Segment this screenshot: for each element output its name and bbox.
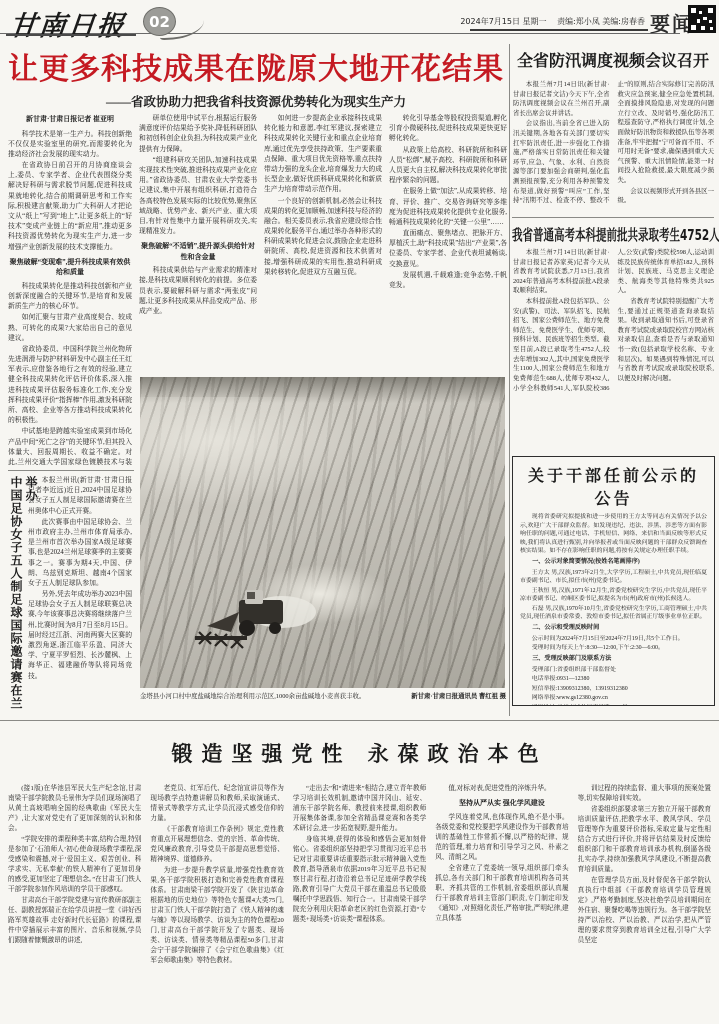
paragraph: 受理部门:省委组织部干部监督处 [520, 666, 707, 675]
gaokao-article-headline: 我省普通高考本科提前批共录取考生4752人 [512, 224, 653, 245]
column-subhead: 聚焦破解“不适销”,提升源头供给针对性和含金量 [139, 241, 257, 262]
paragraph: 会议以视频形式开到各县区一级。 [618, 187, 715, 206]
masthead-logo: 甘南日报 [8, 4, 128, 43]
paragraph: 全省建立了党委统一领导,组织部门牵头抓总,各有关部门和干部教育培训机构各司其职、… [435, 864, 568, 924]
masthead-logo-underline [6, 34, 136, 36]
bottom-column-1: (接1版)在华池县军民大生产纪念馆,甘肃南梁干部学院教员毛景伟为学员们现场演唱了… [8, 784, 141, 1024]
paragraph: 科学技术是第一生产力。科技创新绝不仅仅是实验室里的研究,而需要转化为推动经济社会… [8, 130, 132, 161]
paragraph: 训过程的持续监督、重大事项的预案处置等,切实保障培训实效。 [578, 784, 711, 804]
main-article-column-1-text: 科学技术是第一生产力。科技创新绝不仅仅是实验室里的研究,而需要转化为推动经济社会… [8, 130, 132, 467]
main-article-column-4: 转化引导基金等股权投资渠道,孵化引育小微硬科技,促进科技成果更快更好孵化转化。从… [389, 114, 507, 374]
paragraph: 本报兰州7月14日讯(新甘肃·甘肃日报记者苏家英)记者今天从省教育考试院获悉,7… [513, 248, 610, 296]
paragraph: 省政协委员、中国科学院兰州化物所先进润滑与防护材料研发中心副主任王红军表示,应借… [8, 345, 132, 427]
paragraph: “走出去”和“请进来”相结合,建立青年教师学习培训长效机制,邀请中国井冈山、延安… [293, 784, 426, 834]
qr-code-icon [688, 5, 716, 33]
paragraph: 网络举报:www.gs12380.gov.cn [520, 694, 707, 703]
paragraph: 王秋恒 男,汉族,1971年12月生,省委党校研究生学历,中共党员,现任平凉市委… [520, 587, 707, 604]
page-number-flourish [160, 18, 204, 40]
bottom-column-3: “走出去”和“请进来”相结合,建立青年教师学习培训长效机制,邀请中国井冈山、延安… [293, 784, 426, 1024]
paragraph: 科技成果供给与产业需求的精准对接,是科技成果顺利转化的前提。多位委员表示,要破解… [139, 266, 257, 317]
photo-light-patch [140, 397, 370, 507]
paragraph: 短信举报:13909312380、13919312380 [520, 685, 707, 694]
paragraph: “学院安排的课程种类丰富,结构合理,特别是参加了‘石油师人’初心使命现场教学课程… [8, 835, 141, 895]
paragraph: 一个良好的创新机制,必然会让科技成果的转化更加顺畅,加速科技与经济的融合。相关委… [264, 197, 382, 279]
paragraph: 中试基地是跨越实验室成果到市场化产品中间“死亡之谷”的关键环节,但其投入体量大、… [8, 427, 132, 466]
paragraph: 本报兰州讯(新甘肃·甘肃日报记者李近远)近日,2024中国足球协会女子五人制足球… [28, 476, 132, 517]
paragraph: 值,对标对表,促进党性的淬炼升华。 [435, 784, 568, 794]
paragraph: 从政策上给高校、科研院所和科研人员“松绑”,赋予高校、科研院所和科研人员更大自主… [389, 146, 507, 187]
bottom-column-2: 老党员、红军后代、纪念馆宣讲员等作为现场教学点特邀讲解员和教师,采取演诵式、情景… [150, 784, 283, 1024]
newspaper-page: 甘南日报 02 2024年7月15日 星期一 责编:郑小凤 美编:房春香 要闻 … [0, 0, 719, 1024]
main-article-subtitle: ——省政协助力把我省科技资源优势转化为现实生产力 [6, 92, 506, 110]
paragraph: “组建科研攻关团队,加速科技成果实现技术性突破,推进科技成果产业化应用。”省政协… [139, 156, 257, 238]
paragraph: (接1版)在华池县军民大生产纪念馆,甘肃南梁干部学院教员毛景伟为学员们现场演唱了… [8, 784, 141, 834]
sidebar-divider [509, 44, 510, 716]
paragraph: 此次赛事由中国足球协会、兰州市政府主办,兰州市体育局承办,是兰州市首次举办国家A… [28, 518, 132, 589]
football-article-headline: 中国足协女子五人制足球国际邀请赛在兰举办 [8, 476, 23, 717]
bottom-article-body: (接1版)在华池县军民大生产纪念馆,甘肃南梁干部学院教员毛景伟为学员们现场演唱了… [8, 784, 711, 1024]
paragraph: 《干部教育培训工作条例》规定,党性教育重点开展理想信念、党的宗旨、革命传统、党风… [150, 825, 283, 865]
column-subhead: 坚持从严从实 强化学风建设 [435, 798, 568, 809]
column-subhead: 聚焦破解“变现难”,提升科技成果有效供给和质量 [8, 257, 132, 278]
paragraph: 为进一步提升教学质量,增强党性教育效果,各干部学院积极打造和完善党性教育课程体系… [150, 866, 283, 966]
football-article-body: 本报兰州讯(新甘肃·甘肃日报记者李近远)近日,2024中国足球协会女子五人制足球… [28, 476, 132, 717]
paragraph: 本报兰州7月14日讯(新甘肃·甘肃日报记者文洁)今天下午,全省防汛调度视频会议在… [513, 80, 610, 118]
paragraph: 在服务上做“加法”,从成果转移、培育、评价、推广、交易咨询研究等多维度为促进科技… [389, 187, 507, 228]
paragraph: 转化引导基金等股权投资渠道,孵化引育小微硬科技,促进科技成果更快更好孵化转化。 [389, 114, 507, 145]
paragraph: 在省政协日前召开的月协商座谈会上,委员、专家学者、企业代表围绕分类解决好科研与需… [8, 161, 132, 253]
gaokao-article-body: 本报兰州7月14日讯(新甘肃·甘肃日报记者苏家英)记者今天从省教育考试院获悉,7… [513, 248, 714, 448]
paragraph: 石磊 男,汉族,1970年10月生,省委党校研究生学历,工商管理硕士,中共党员,… [520, 605, 707, 622]
paragraph: 省委组织部要求第三方独立开展干部教育培训质量评估,把教学水平、教风学风、学员管理… [578, 805, 711, 875]
dateline-rule [470, 29, 648, 31]
paragraph: 发展机遇,千载难逢;竞争态势,千帆竞发。 [389, 271, 507, 291]
main-article-column-1: 新甘肃·甘肃日报记者 崔亚明 科学技术是第一生产力。科技创新绝不仅仅是实验室里的… [8, 114, 132, 466]
paragraph: 如何进一步提高企业承接科技成果转化能力和意愿,李红军建议,探索建立科技成果转化关… [264, 114, 382, 196]
column-subhead: 二、公示和受理反映时间 [520, 624, 707, 633]
paragraph: 学风连着党风,也体现作风,绝不是小事。各级党委和党校要把学风建设作为干部教育培训… [435, 813, 568, 863]
paragraph: 身临其境,获得的体验和感悟会更加刻骨铭心。省委组织部坚持把学习贯彻习近平总书记对… [293, 835, 426, 925]
photo-caption: 金塔县小河口村中度盐碱地综合治理利用示范区,1000余亩盐碱地小麦喜获丰收。 新… [140, 692, 506, 702]
bottom-section-rule [0, 720, 719, 721]
harvest-field-photo [140, 377, 505, 688]
bottom-article-headline: 锻造坚强党性 永葆政治本色 [0, 738, 719, 768]
paragraph: 研单位使用中试平台,根据运行服务满意度评价结果给予奖补,降低科研团队和初创科创企… [139, 114, 257, 155]
combine-harvester-icon [187, 582, 317, 652]
paragraph: 电话举报:0931—12380 [520, 675, 707, 684]
cadre-announcement-box: 关于干部任前公示的公告 现将省委研究拟提拔和进一步使用的王方太等同志有关情况予以… [512, 456, 715, 706]
paragraph: 省教育考试院特别提醒广大考生,要通过正规渠道查询录取结果。收到录取通知书后,可登… [618, 297, 715, 383]
football-article: 中国足协女子五人制足球国际邀请赛在兰举办 本报兰州讯(新甘肃·甘肃日报记者李近远… [8, 470, 134, 717]
main-article-column-2: 研单位使用中试平台,根据运行服务满意度评价结果给予奖补,降低科研团队和初创科创企… [139, 114, 257, 374]
paragraph: 受理时间为每天上午:8:30—12:00,下午:2:30—6:00。 [520, 644, 707, 653]
paragraph: 直面痛点、聚焦堵点、把脉开方、厚植沃土,助“科技成果”结出“产业果”,各位委员、… [389, 229, 507, 270]
announcement-headline: 关于干部任前公示的公告 [520, 463, 707, 509]
paragraph: 通讯地址:兰州市城关区南昌路1648号 [520, 704, 707, 706]
paragraph: 王方太 男,汉族,1973年2月生,大学学历,工程硕士,中共党员,现任临夏市委副… [520, 569, 707, 586]
paragraph: 现将省委研究拟提拔和进一步使用的王方太等同志有关情况予以公示,欢迎广大干部群众监… [520, 513, 707, 556]
paragraph: 公示时间为2024年7月15日至2024年7月19日,共5个工作日。 [520, 635, 707, 644]
paragraph: 在管理学员方面,及时督促各干部学院认真执行中组部《干部教育培训学员管理规定》,严… [578, 876, 711, 946]
main-article-headline: 让更多科技成果在陇原大地开花结果 [6, 44, 506, 88]
paragraph: 另外,凭去年成功举办2023中国足球协会女子五人制足球联赛总决赛,今年该赛事总决… [28, 590, 132, 682]
date-text: 2024年7月15日 星期一 [460, 17, 546, 26]
flood-article-headline: 全省防汛调度视频会议召开 [512, 48, 714, 71]
editors-text: 责编:郑小凤 美编:房春香 [557, 17, 645, 26]
paragraph: 老党员、红军后代、纪念馆宣讲员等作为现场教学点特邀讲解员和教师,采取演诵式、情景… [150, 784, 283, 824]
flood-article-body: 本报兰州7月14日讯(新甘肃·甘肃日报记者文洁)今天下午,全省防汛调度视频会议在… [513, 80, 714, 212]
paragraph: 科技成果转化是推动科技创新和产业创新深度融合的关键环节,是培育和发展新质生产力的… [8, 282, 132, 313]
photo-caption-text: 金塔县小河口村中度盐碱地综合治理利用示范区,1000余亩盐碱地小麦喜获丰收。 [140, 692, 365, 702]
main-article-column-3: 如何进一步提高企业承接科技成果转化能力和意愿,李红军建议,探索建立科技成果转化关… [264, 114, 382, 374]
column-subhead: 一、公示对象简要情况(按姓名笔画排序) [520, 558, 707, 567]
column-subhead: 三、受理反映部门及联系方法 [520, 655, 707, 664]
paragraph: 甘肃高台干部学院党建与宣传教研部副主任、副教授郭瑞正在给学员讲授一堂《讲好西路军… [8, 896, 141, 946]
sidebar-article-divider [512, 217, 714, 218]
bottom-column-4: 值,对标对表,促进党性的淬炼升华。坚持从严从实 强化学风建设学风连着党风,也体现… [435, 784, 568, 1024]
main-article-byline: 新甘肃·甘肃日报记者 崔亚明 [8, 114, 132, 125]
paragraph: 如何汇聚与甘肃产业高度契合、较成熟、可转化的成果?大家给出自己的意见建议。 [8, 313, 132, 344]
announcement-body: 现将省委研究拟提拔和进一步使用的王方太等同志有关情况予以公示,欢迎广大干部群众监… [520, 513, 707, 706]
bottom-column-5: 训过程的持续监督、重大事项的预案处置等,切实保障培训实效。省委组织部要求第三方独… [578, 784, 711, 1024]
photo-credit: 新甘肃·甘肃日报通讯员 曹红祖 摄 [411, 692, 506, 702]
masthead-dateline: 2024年7月15日 星期一 责编:郑小凤 美编:房春香 [430, 16, 645, 27]
